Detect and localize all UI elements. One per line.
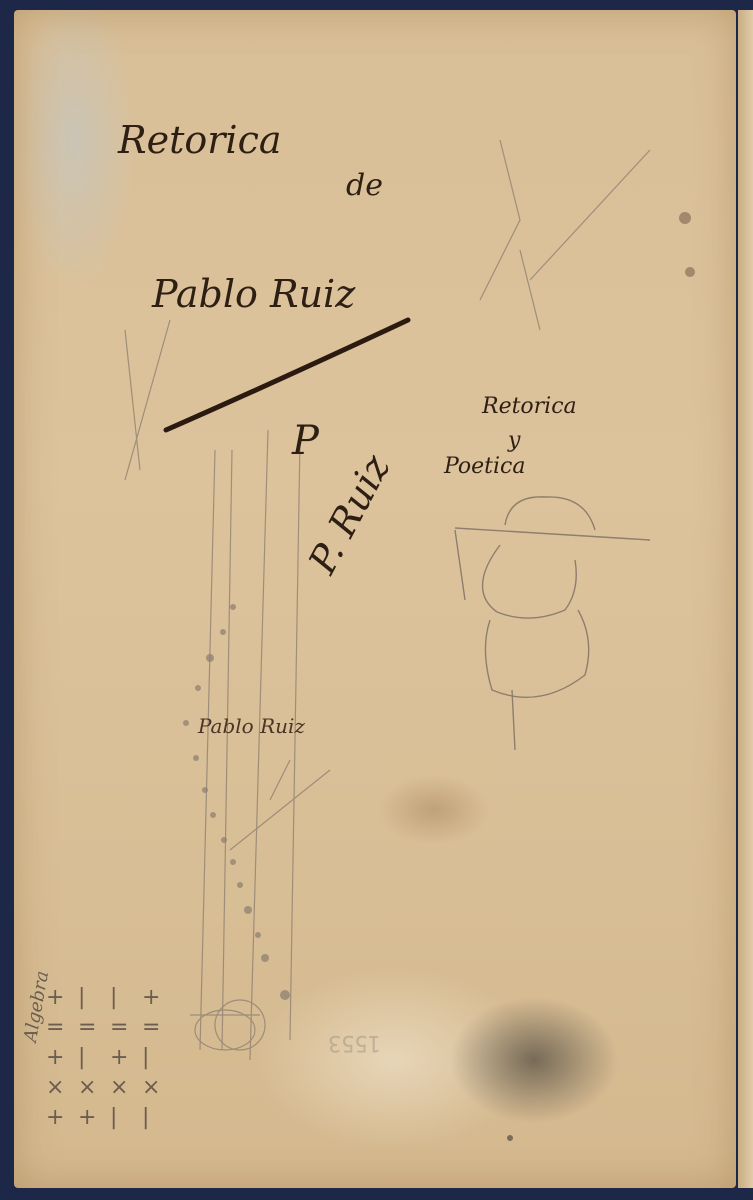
faded-stamp-number: 1553: [328, 1030, 381, 1055]
math-symbol: +: [46, 1045, 78, 1075]
math-symbol: =: [78, 1015, 110, 1045]
secondary-title-y: y: [508, 428, 520, 453]
secondary-title-retorica: Retorica: [482, 394, 577, 419]
pencil-signature: Pablo Ruiz: [198, 714, 305, 738]
math-symbol: +: [78, 1105, 110, 1135]
secondary-title-poetica: Poetica: [444, 454, 526, 479]
math-symbol: +: [142, 985, 174, 1015]
math-symbol-grid: + | | + = = = = + | + | × × × × + + | |: [46, 985, 174, 1135]
math-symbol: =: [142, 1015, 174, 1045]
math-symbol: ×: [78, 1075, 110, 1105]
math-symbol: ×: [110, 1075, 142, 1105]
math-symbol: |: [78, 985, 110, 1015]
sketch-head-with-hat: [455, 497, 650, 750]
math-symbol: |: [142, 1105, 174, 1135]
math-symbol: ×: [142, 1075, 174, 1105]
math-symbol: =: [110, 1015, 142, 1045]
math-symbol: ×: [46, 1075, 78, 1105]
math-symbol: +: [110, 1045, 142, 1075]
math-symbol: =: [46, 1015, 78, 1045]
math-symbol: |: [142, 1045, 174, 1075]
math-symbol: |: [78, 1045, 110, 1075]
pencil-dots: [183, 604, 290, 1000]
math-symbol: +: [46, 985, 78, 1015]
math-symbol: +: [46, 1105, 78, 1135]
initial-p: P: [292, 418, 319, 464]
math-symbol: |: [110, 1105, 142, 1135]
math-symbol: |: [110, 985, 142, 1015]
